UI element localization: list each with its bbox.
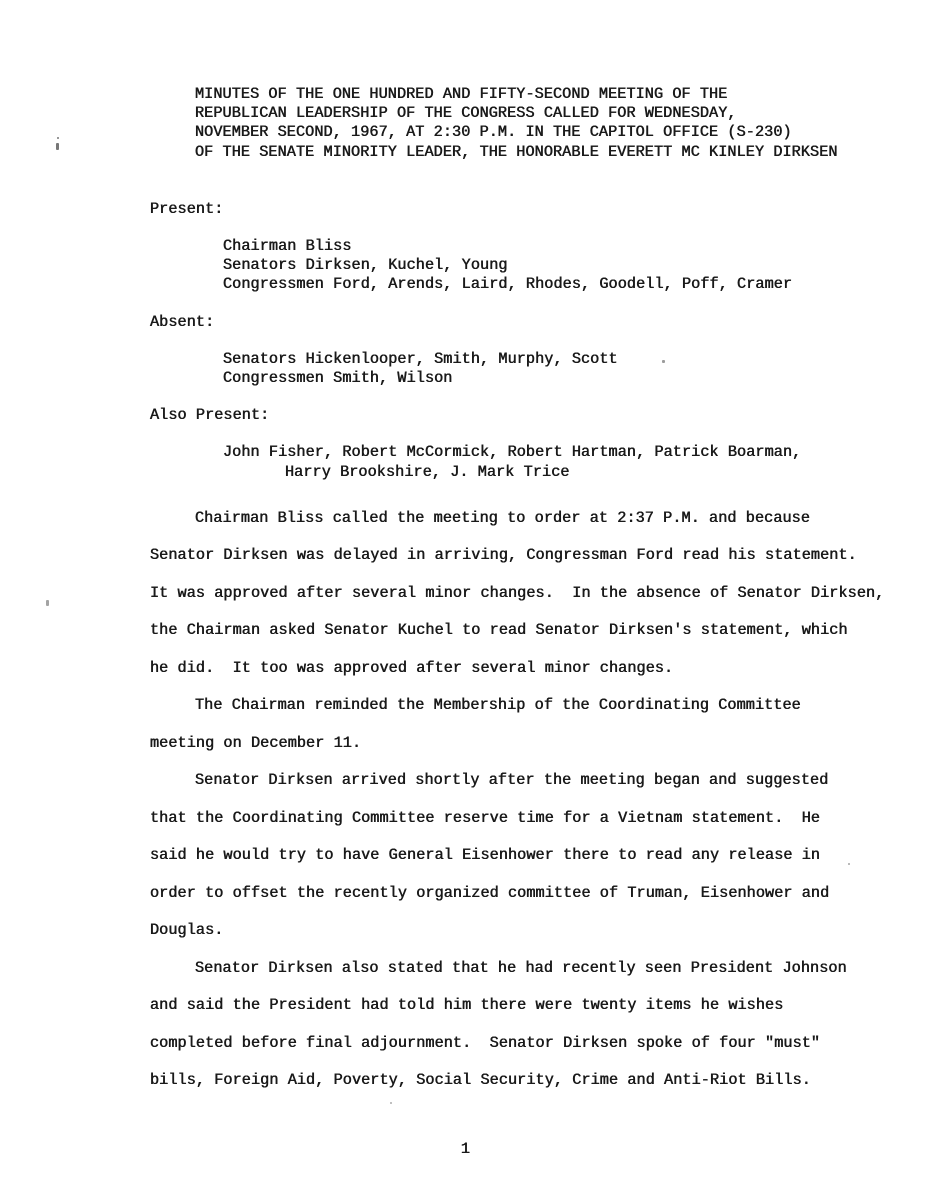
body-line: and said the President had told him ther… — [150, 987, 931, 1025]
section-label-present: Present: — [150, 200, 931, 219]
document-page: MINUTES OF THE ONE HUNDRED AND FIFTY-SEC… — [0, 0, 931, 1200]
body-line: It was approved after several minor chan… — [150, 575, 931, 613]
body-line: Senator Dirksen arrived shortly after th… — [150, 762, 931, 800]
scan-speck — [46, 600, 49, 606]
attendee-line: Chairman Bliss — [223, 237, 931, 256]
scan-speck — [56, 143, 59, 150]
body-line: said he would try to have General Eisenh… — [150, 837, 931, 875]
absent-entries: Senators Hickenlooper, Smith, Murphy, Sc… — [223, 350, 931, 388]
body-line: the Chairman asked Senator Kuchel to rea… — [150, 612, 931, 650]
scan-speck — [795, 707, 797, 709]
body-line: Senator Dirksen also stated that he had … — [150, 950, 931, 988]
document-title: MINUTES OF THE ONE HUNDRED AND FIFTY-SEC… — [195, 85, 931, 162]
section-label-also-present: Also Present: — [150, 406, 931, 425]
attendee-line: John Fisher, Robert McCormick, Robert Ha… — [223, 443, 931, 462]
scan-speck — [848, 863, 850, 865]
attendee-line: Harry Brookshire, J. Mark Trice — [285, 463, 931, 482]
present-entries: Chairman Bliss Senators Dirksen, Kuchel,… — [223, 237, 931, 295]
body-line: completed before final adjournment. Sena… — [150, 1025, 931, 1063]
body-line: Senator Dirksen was delayed in arriving,… — [150, 537, 931, 575]
body-line: Douglas. — [150, 912, 931, 950]
attendance-section-also-present: Also Present: John Fisher, Robert McCorm… — [150, 406, 931, 482]
attendee-line: Senators Hickenlooper, Smith, Murphy, Sc… — [223, 350, 931, 369]
section-label-absent: Absent: — [150, 313, 931, 332]
scan-speck — [662, 360, 665, 363]
body-line: meeting on December 11. — [150, 725, 931, 763]
title-line: REPUBLICAN LEADERSHIP OF THE CONGRESS CA… — [195, 104, 931, 123]
page-footer: 1 — [0, 1140, 931, 1159]
page-number: 1 — [461, 1140, 470, 1158]
attendance-section-present: Present: Chairman Bliss Senators Dirksen… — [150, 200, 931, 295]
scan-speck — [390, 1102, 392, 1104]
body-line: order to offset the recently organized c… — [150, 875, 931, 913]
body-line: The Chairman reminded the Membership of … — [150, 687, 931, 725]
body-paragraph: Senator Dirksen also stated that he had … — [150, 950, 931, 1100]
body-line: bills, Foreign Aid, Poverty, Social Secu… — [150, 1062, 931, 1100]
also-present-entries: John Fisher, Robert McCormick, Robert Ha… — [223, 443, 931, 481]
title-line: MINUTES OF THE ONE HUNDRED AND FIFTY-SEC… — [195, 85, 931, 104]
body-paragraph: Senator Dirksen arrived shortly after th… — [150, 762, 931, 950]
scan-speck — [57, 137, 59, 139]
minutes-body: Chairman Bliss called the meeting to ord… — [150, 500, 931, 1100]
attendee-line: Congressmen Smith, Wilson — [223, 369, 931, 388]
attendee-line: Congressmen Ford, Arends, Laird, Rhodes,… — [223, 275, 931, 294]
title-line: OF THE SENATE MINORITY LEADER, THE HONOR… — [195, 143, 931, 162]
attendee-line: Senators Dirksen, Kuchel, Young — [223, 256, 931, 275]
title-line: NOVEMBER SECOND, 1967, AT 2:30 P.M. IN T… — [195, 123, 931, 142]
body-line: he did. It too was approved after severa… — [150, 650, 931, 688]
attendance-section-absent: Absent: Senators Hickenlooper, Smith, Mu… — [150, 313, 931, 389]
body-line: that the Coordinating Committee reserve … — [150, 800, 931, 838]
body-paragraph: Chairman Bliss called the meeting to ord… — [150, 500, 931, 688]
body-paragraph: The Chairman reminded the Membership of … — [150, 687, 931, 762]
body-line: Chairman Bliss called the meeting to ord… — [150, 500, 931, 538]
